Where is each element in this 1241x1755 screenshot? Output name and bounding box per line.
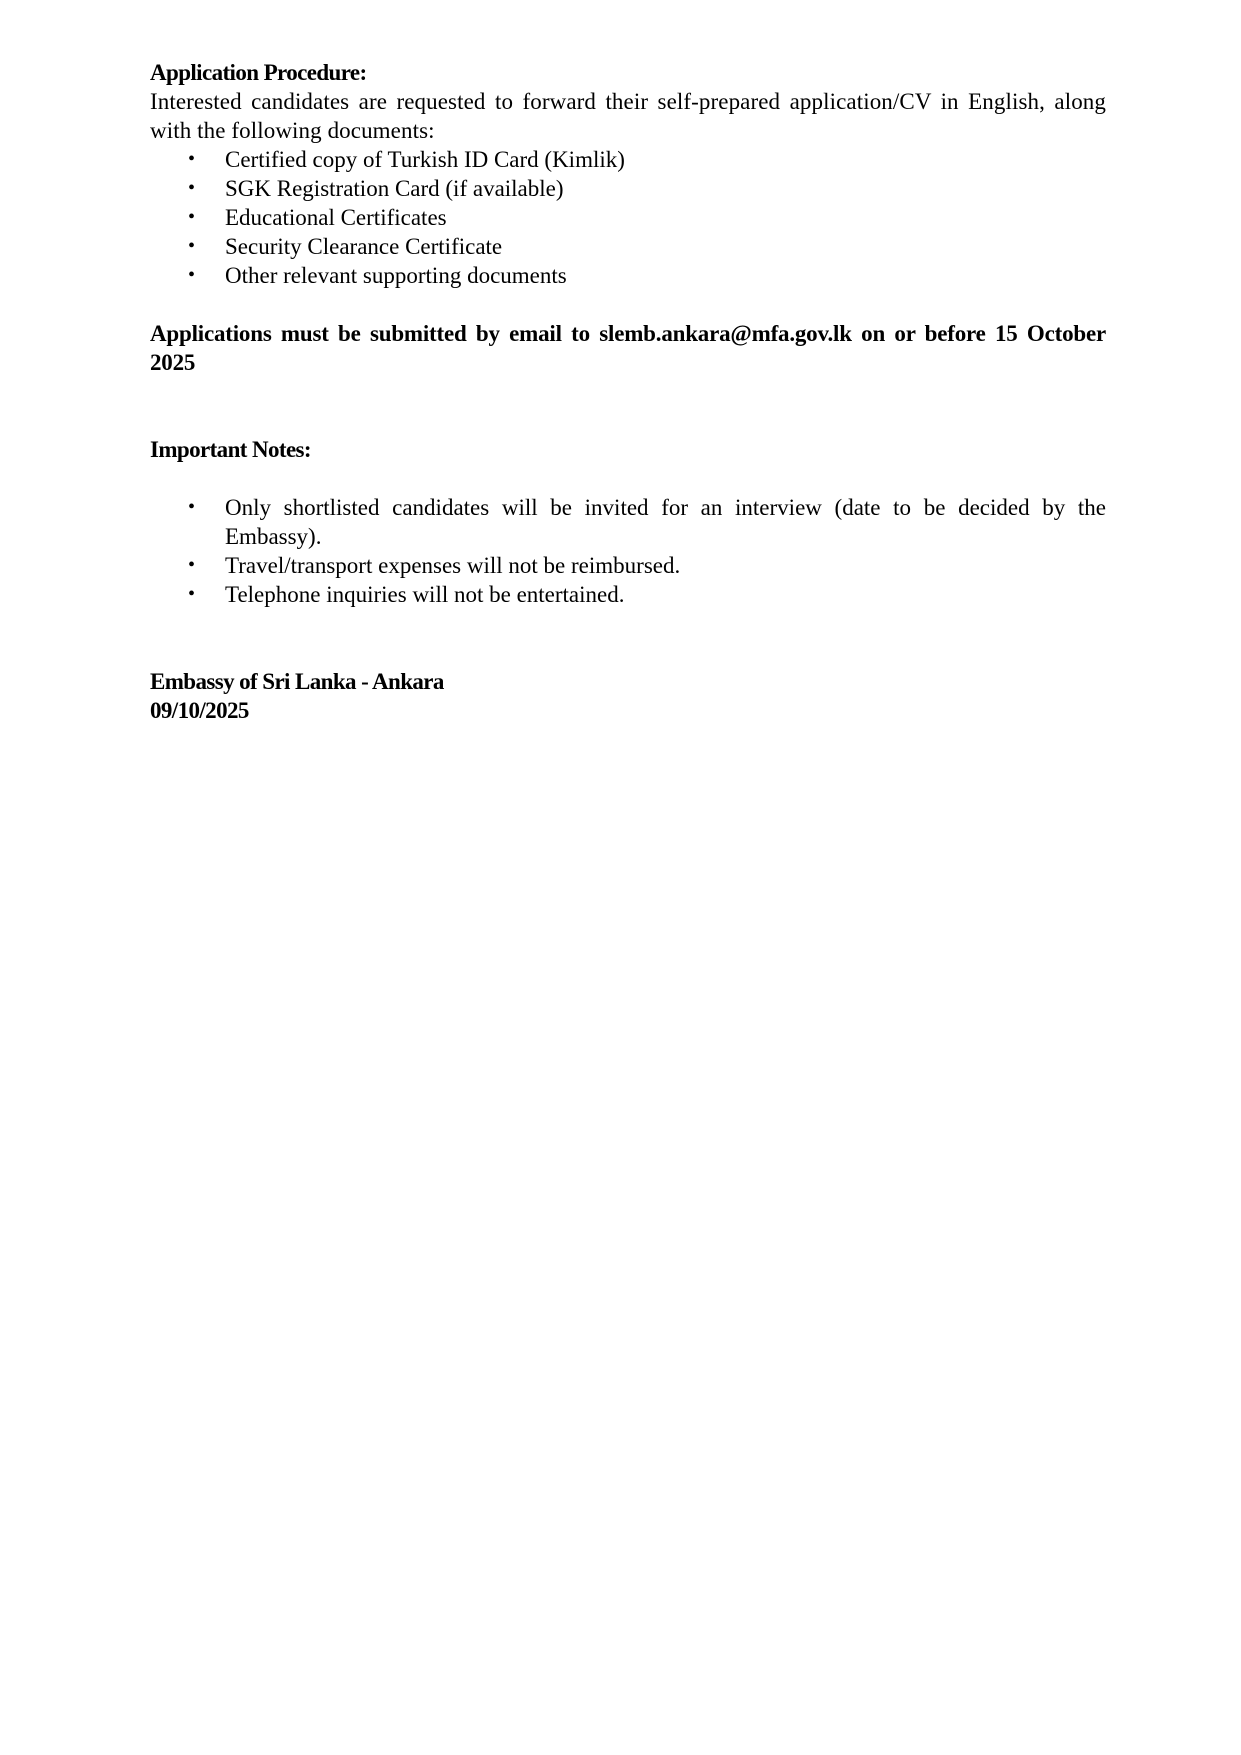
application-procedure-heading: Application Procedure:	[150, 58, 1106, 87]
signature-block: Embassy of Sri Lanka - Ankara 09/10/2025	[150, 667, 1106, 725]
list-item: Security Clearance Certificate	[150, 232, 1106, 261]
list-item: Educational Certificates	[150, 203, 1106, 232]
signature-date: 09/10/2025	[150, 696, 1106, 725]
application-intro: Interested candidates are requested to f…	[150, 87, 1106, 145]
signature-organization: Embassy of Sri Lanka - Ankara	[150, 667, 1106, 696]
list-item: Only shortlisted candidates will be invi…	[150, 493, 1106, 551]
important-notes-list: Only shortlisted candidates will be invi…	[150, 493, 1106, 609]
required-documents-list: Certified copy of Turkish ID Card (Kimli…	[150, 145, 1106, 290]
important-notes-heading: Important Notes:	[150, 435, 1106, 464]
list-item: Telephone inquiries will not be entertai…	[150, 580, 1106, 609]
list-item: Travel/transport expenses will not be re…	[150, 551, 1106, 580]
list-item: Certified copy of Turkish ID Card (Kimli…	[150, 145, 1106, 174]
submission-notice: Applications must be submitted by email …	[150, 319, 1106, 377]
list-item: SGK Registration Card (if available)	[150, 174, 1106, 203]
document-page: Application Procedure: Interested candid…	[150, 58, 1106, 725]
list-item: Other relevant supporting documents	[150, 261, 1106, 290]
